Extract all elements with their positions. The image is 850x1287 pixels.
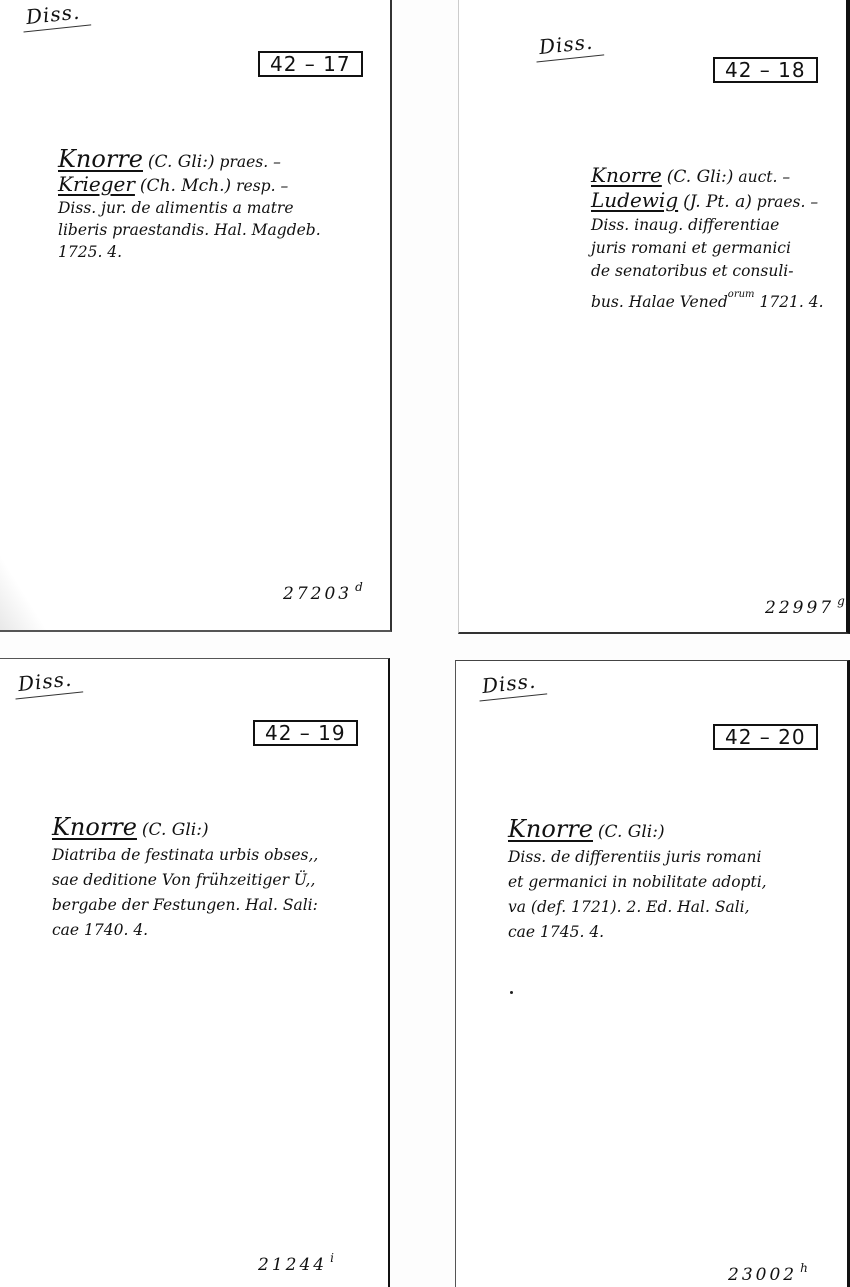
title-line: liberis praestandis. Hal. Magdeb. (58, 219, 321, 241)
scanned-catalog-cards-page: Diss. 42 – 17 Knorre (C. Gli:) praes. – … (0, 0, 850, 1287)
title-line: va (def. 1721). 2. Ed. Hal. Sali, (508, 895, 767, 920)
imprint-superscript: orum (728, 289, 755, 300)
catalog-card-42-17: Diss. 42 – 17 Knorre (C. Gli:) praes. – … (0, 0, 392, 632)
accession-digits: 21244 (258, 1255, 327, 1275)
catalog-card-42-18: Diss. 42 – 18 Knorre (C. Gli:) auct. – L… (458, 0, 850, 634)
author-name: Knorre (58, 145, 143, 173)
author-line: Knorre (C. Gli:) auct. – (591, 164, 824, 189)
dissertation-mark: Diss. (21, 0, 92, 32)
author-initials: (C. Gli:) (667, 167, 734, 187)
author-name: Knorre (591, 163, 662, 187)
catalog-entry: Knorre (C. Gli:) Diatriba de festinata u… (52, 815, 318, 943)
respondent-initials: (Ch. Mch.) (140, 176, 231, 196)
accession-suffix: i (330, 1251, 334, 1265)
accession-digits: 27203 (283, 584, 352, 604)
call-number: 42 – 18 (713, 57, 818, 83)
author-line: Knorre (C. Gli:) praes. – (58, 148, 321, 173)
imprint-line: bus. Halae Venedorum 1721. 4. (591, 283, 824, 314)
accession-number: 27203d (283, 580, 363, 604)
accession-suffix: d (355, 580, 363, 594)
imprint-line: cae 1745. 4. (508, 920, 767, 945)
imprint-place: bus. Halae Vened (591, 293, 728, 311)
imprint-year: 1721. 4. (755, 293, 824, 311)
call-number: 42 – 19 (253, 720, 358, 746)
title-line: Diss. jur. de alimentis a matre (58, 197, 321, 219)
respondent-line: Krieger (Ch. Mch.) resp. – (58, 173, 321, 197)
imprint-line: cae 1740. 4. (52, 918, 318, 943)
ink-speck (510, 991, 513, 994)
title-line: Diatriba de festinata urbis obses,, (52, 843, 318, 868)
author-initials: (C. Gli:) (142, 820, 209, 840)
author-initials: (C. Gli:) (148, 152, 215, 172)
title-line: Diss. de differentiis juris romani (508, 845, 767, 870)
title-line: et germanici in nobilitate adopti, (508, 870, 767, 895)
title-line: juris romani et germanici (591, 237, 824, 260)
call-number: 42 – 17 (258, 51, 363, 77)
title-line: Diss. inaug. differentiae (591, 214, 824, 237)
accession-number: 23002h (728, 1261, 808, 1285)
title-line: sae deditione Von frühzeitiger Ü,, (52, 868, 318, 893)
praeses-name: Ludewig (591, 188, 678, 212)
respondent-name: Krieger (58, 172, 135, 196)
author-name: Knorre (52, 813, 137, 841)
accession-number: 22997g. (765, 594, 849, 618)
catalog-card-42-20: Diss. 42 – 20 Knorre (C. Gli:) Diss. de … (455, 660, 850, 1287)
author-name: Knorre (508, 815, 593, 843)
catalog-entry: Knorre (C. Gli:) auct. – Ludewig (J. Pt.… (591, 164, 824, 314)
author-line: Knorre (C. Gli:) (52, 815, 318, 843)
praeses-role: praes. – (757, 193, 818, 211)
dissertation-mark: Diss. (477, 668, 548, 702)
accession-digits: 23002 (728, 1265, 797, 1285)
catalog-entry: Knorre (C. Gli:) Diss. de differentiis j… (508, 817, 767, 945)
dissertation-mark: Diss. (534, 29, 605, 63)
accession-suffix: g. (837, 594, 849, 608)
dissertation-mark: Diss. (13, 666, 84, 700)
title-line: bergabe der Festungen. Hal. Sali: (52, 893, 318, 918)
author-role: praes. – (220, 153, 281, 171)
praeses-initials: (J. Pt. a) (683, 192, 752, 212)
praeses-line: Ludewig (J. Pt. a) praes. – (591, 189, 824, 214)
author-line: Knorre (C. Gli:) (508, 817, 767, 845)
title-line: de senatoribus et consuli- (591, 260, 824, 283)
respondent-role: resp. – (236, 177, 288, 195)
call-number: 42 – 20 (713, 724, 818, 750)
accession-digits: 22997 (765, 598, 834, 618)
author-role: auct. – (738, 168, 790, 186)
imprint-line: 1725. 4. (58, 241, 321, 263)
catalog-card-42-19: Diss. 42 – 19 Knorre (C. Gli:) Diatriba … (0, 658, 390, 1287)
author-initials: (C. Gli:) (598, 822, 665, 842)
catalog-entry: Knorre (C. Gli:) praes. – Krieger (Ch. M… (58, 148, 321, 263)
accession-suffix: h (800, 1261, 808, 1275)
accession-number: 21244i (258, 1251, 334, 1275)
